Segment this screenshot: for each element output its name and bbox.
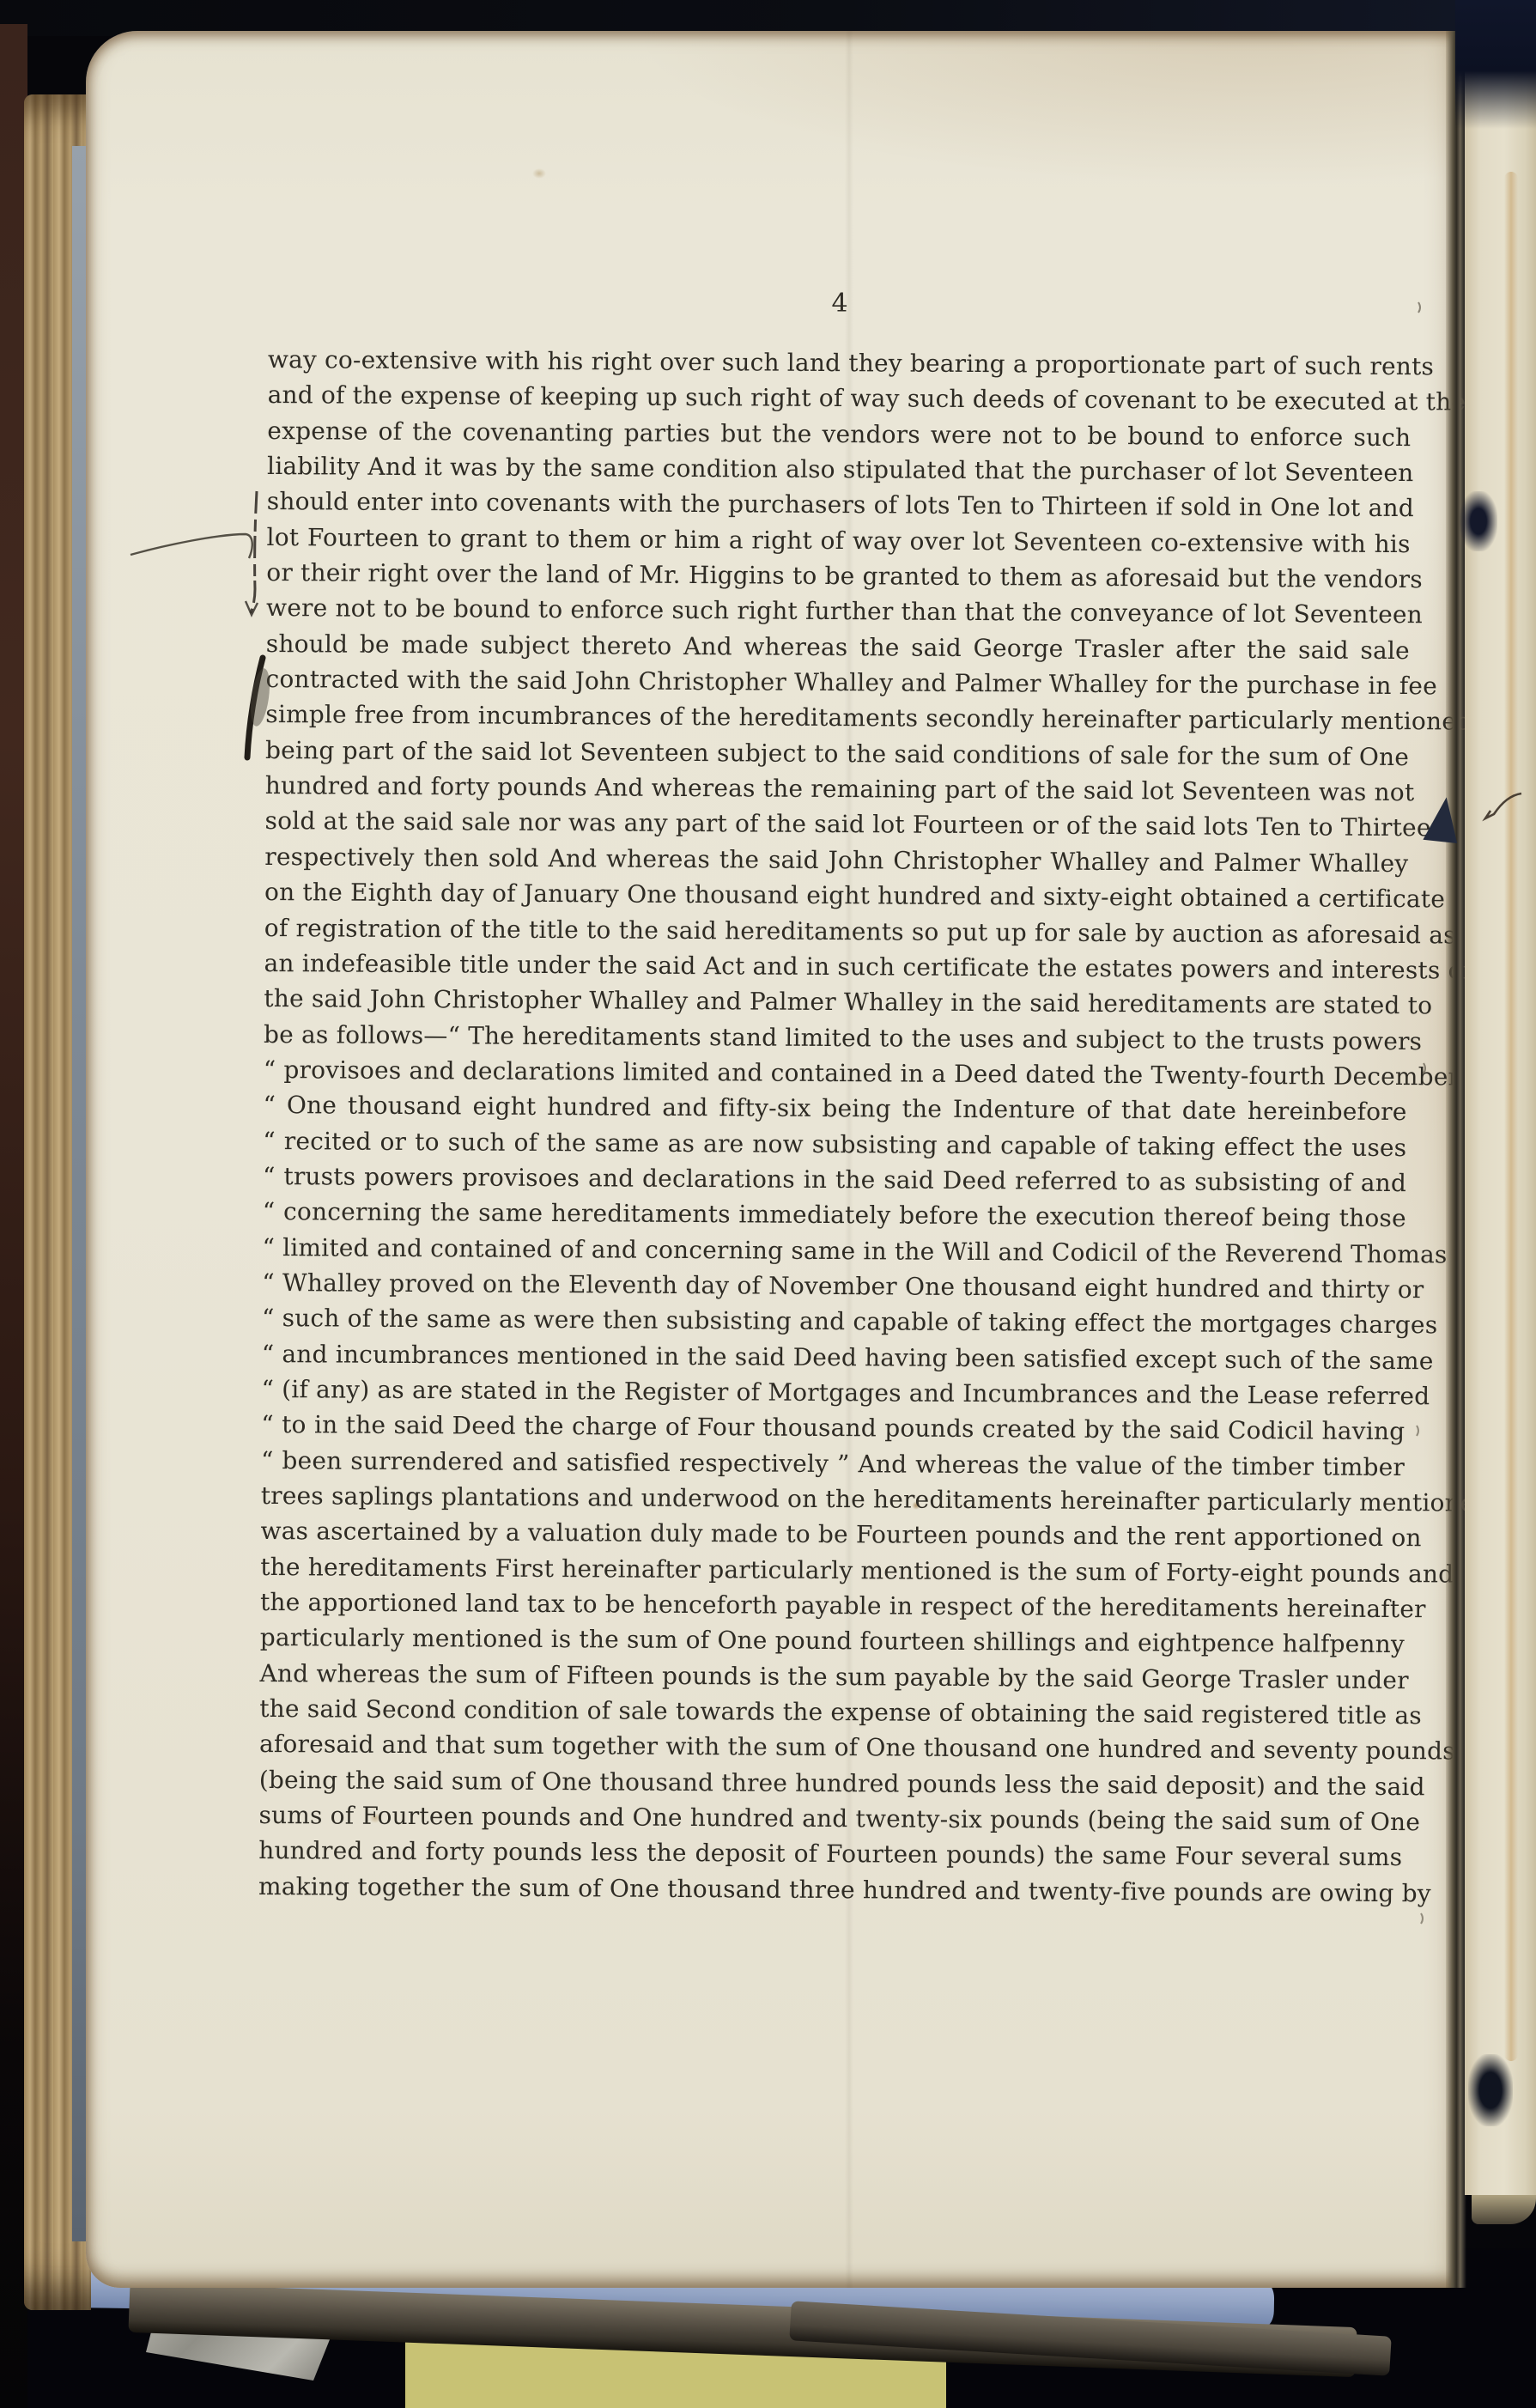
text-line: on the Eighth day of January One thousan… xyxy=(264,874,1408,916)
book-cover-top-right xyxy=(1455,0,1536,129)
facing-page-edge xyxy=(1465,31,1536,2195)
page-text: way co-extensive with his right over suc… xyxy=(258,342,1412,1911)
gutter-dark-mark xyxy=(1460,491,1497,551)
text-line: making together the sum of One thousand … xyxy=(258,1869,1402,1911)
foxing-spot xyxy=(532,168,546,179)
gutter-dark-mark-lower xyxy=(1468,2054,1513,2126)
book-scan-photo: 4 way co-extensive with his right over s… xyxy=(0,0,1536,2408)
book-page: 4 way co-extensive with his right over s… xyxy=(86,31,1460,2288)
page-number: 4 xyxy=(268,289,1412,319)
gutter-dark-gap xyxy=(1423,795,1461,843)
facing-page-tan-streak xyxy=(1504,172,1518,2061)
book-gutter-shadow xyxy=(1446,31,1466,2288)
